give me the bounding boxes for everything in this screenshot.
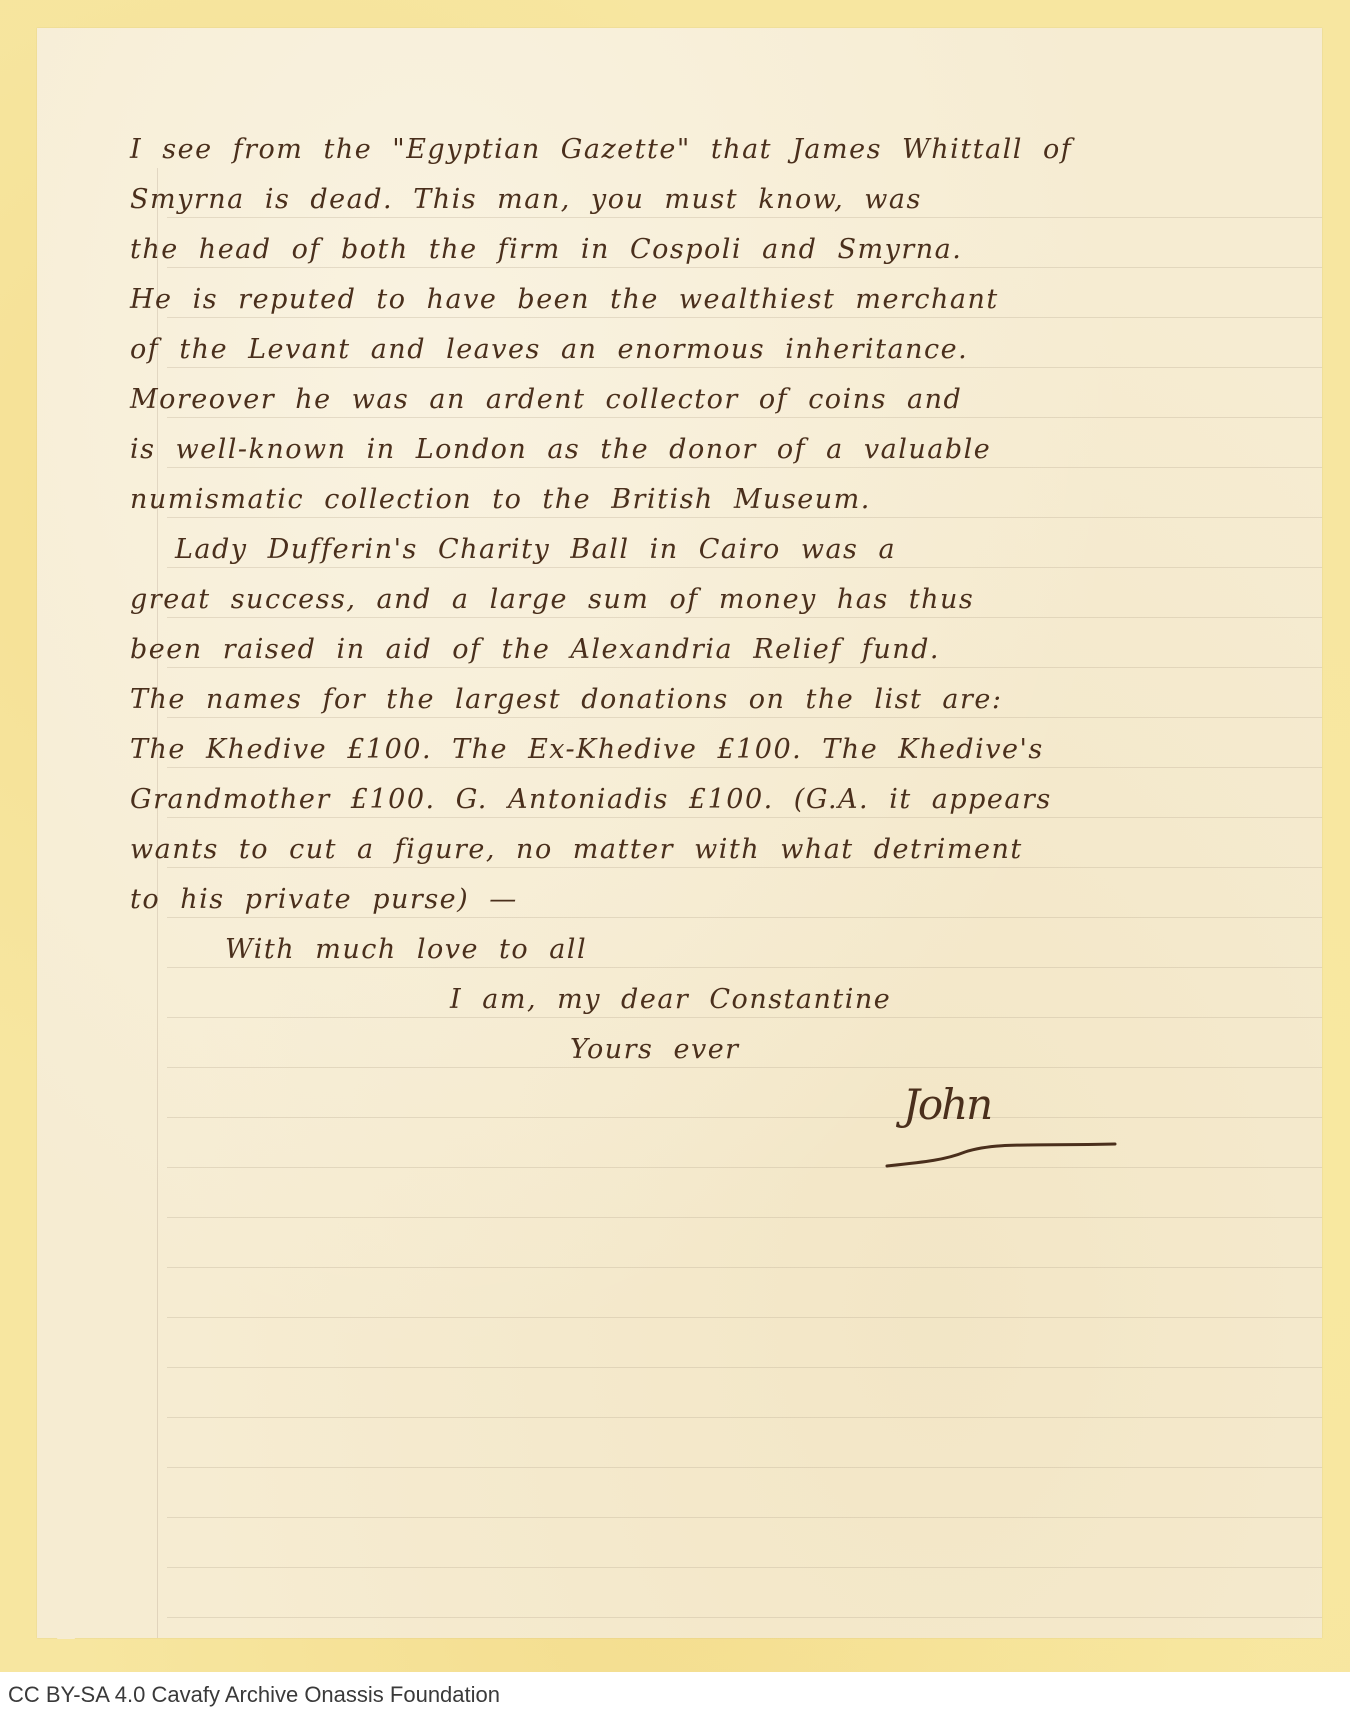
caption-text: CC BY-SA 4.0 Cavafy Archive Onassis Foun…: [8, 1682, 500, 1708]
signature-name: John: [903, 1080, 991, 1129]
letter-line: I see from the "Egyptian Gazette" that J…: [130, 125, 1270, 175]
letter-body: I see from the "Egyptian Gazette" that J…: [130, 125, 1270, 1075]
signature-flourish-icon: [885, 1140, 1125, 1170]
letter-line: The names for the largest donations on t…: [130, 675, 1270, 725]
letter-line: been raised in aid of the Alexandria Rel…: [130, 625, 1270, 675]
letter-line: The Khedive £100. The Ex-Khedive £100. T…: [130, 725, 1270, 775]
letter-line: Smyrna is dead. This man, you must know,…: [130, 175, 1270, 225]
closing-line: Yours ever: [130, 1025, 1270, 1075]
letter-line: to his private purse) —: [130, 875, 1270, 925]
letter-line: numismatic collection to the British Mus…: [130, 475, 1270, 525]
closing-line: I am, my dear Constantine: [130, 975, 1270, 1025]
letter-line: is well-known in London as the donor of …: [130, 425, 1270, 475]
closing-line: With much love to all: [130, 925, 1270, 975]
letter-line: of the Levant and leaves an enormous inh…: [130, 325, 1270, 375]
paper-tear-notch: [57, 1612, 75, 1639]
letter-line: He is reputed to have been the wealthies…: [130, 275, 1270, 325]
license-caption: CC BY-SA 4.0 Cavafy Archive Onassis Foun…: [0, 1672, 1350, 1722]
letter-line: Moreover he was an ardent collector of c…: [130, 375, 1270, 425]
letter-line: wants to cut a figure, no matter with wh…: [130, 825, 1270, 875]
letter-line: the head of both the firm in Cospoli and…: [130, 225, 1270, 275]
letter-line: Lady Dufferin's Charity Ball in Cairo wa…: [130, 525, 1270, 575]
letter-line: Grandmother £100. G. Antoniadis £100. (G…: [130, 775, 1270, 825]
letter-line: great success, and a large sum of money …: [130, 575, 1270, 625]
signature: John: [885, 1080, 1125, 1170]
